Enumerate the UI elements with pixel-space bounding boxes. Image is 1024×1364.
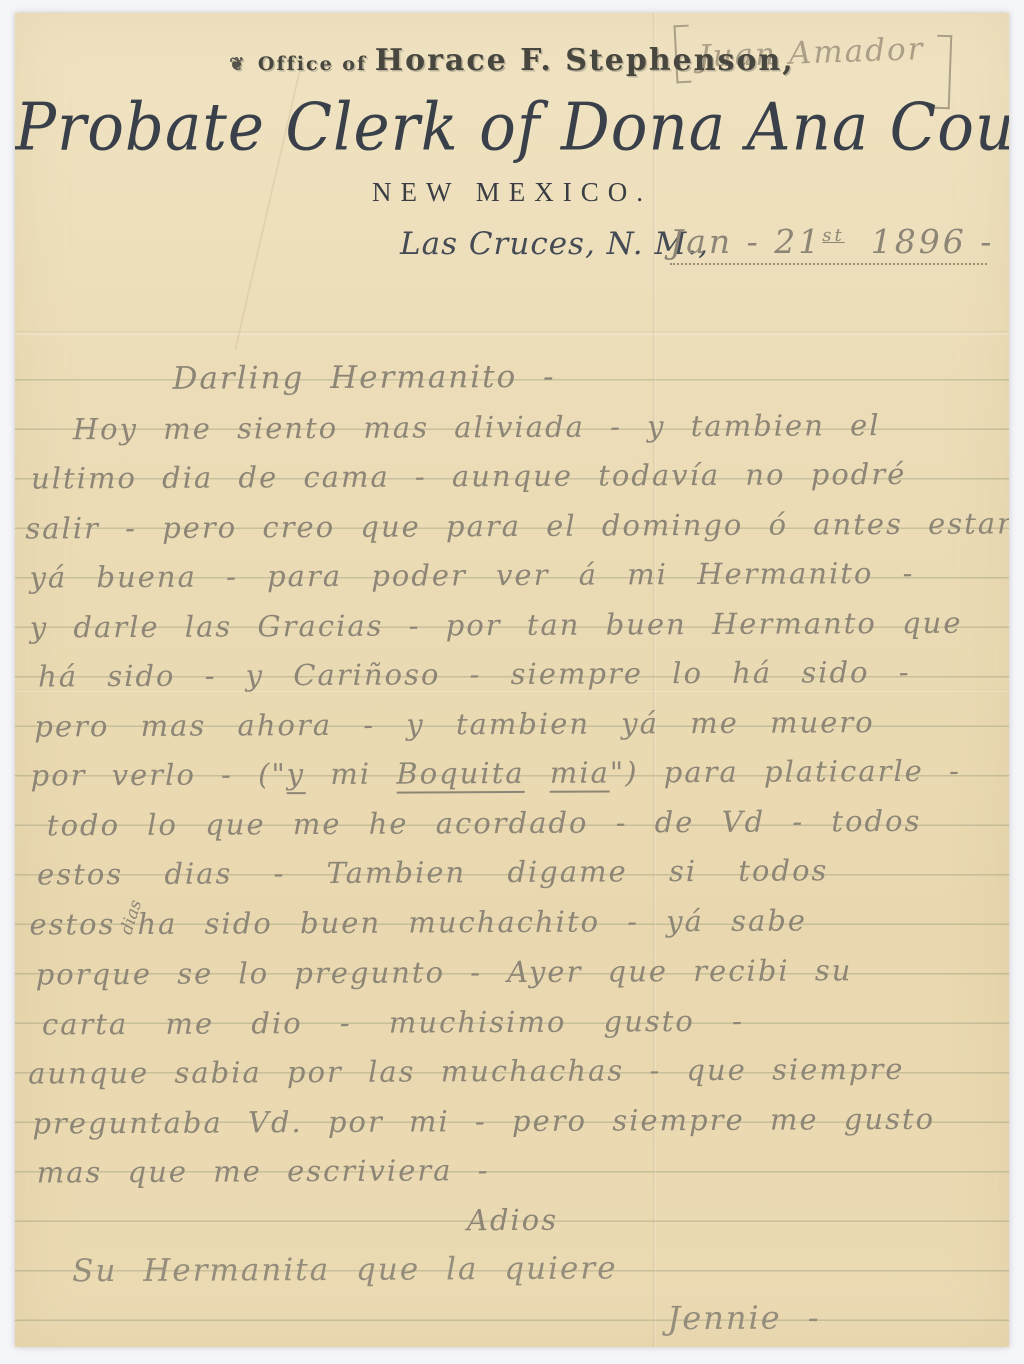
line-segment: yá buena - para poder ver á mi Hermanito… <box>29 556 914 595</box>
letterhead-office-line: ❦ Office of Horace F. Stephenson, <box>15 43 1009 78</box>
letter-line: todo lo que me he acordado - de Vd - tod… <box>25 796 999 851</box>
flourish-ornament-icon: ❦ <box>229 54 246 75</box>
letter-line: estosdiasha sido buen muchachito - yá sa… <box>25 895 999 951</box>
letter-line: y darle las Gracias - por tan buen Herma… <box>24 598 998 653</box>
letter-line: ultimo dia de cama - aunque todavía no p… <box>23 449 997 504</box>
office-prefix: Office of <box>258 53 367 75</box>
line-segment: ultimo dia de cama - aunque todavía no p… <box>31 457 906 496</box>
line-segment: ") para platicarle - <box>610 754 961 790</box>
line-segment: y <box>287 757 306 794</box>
letterhead-title: Probate Clerk of Dona Ana County, <box>15 89 1009 166</box>
date-ordinal: st <box>822 225 844 246</box>
date-day: Jan - 21 <box>670 222 822 261</box>
letter-line: mas que me escriviera - <box>27 1144 1001 1199</box>
line-segment: Hoy me siento mas aliviada - y tambien e… <box>73 408 881 446</box>
letter-line: preguntaba Vd. por mi - pero siempre me … <box>26 1094 1000 1149</box>
line-segment: Boquita <box>396 756 524 794</box>
letter-line: aunque sabia por las muchachas - que sie… <box>26 1045 1000 1100</box>
line-segment: salir - pero creo que para el domingo ó … <box>25 506 1009 545</box>
line-segment: há sido - y Cariñoso - siempre lo há sid… <box>38 655 911 694</box>
letter-line: yá buena - para poder ver á mi Hermanito… <box>23 548 997 603</box>
date-year: 1896 - <box>871 222 995 261</box>
place-printed: Las Cruces, N. M., <box>400 226 709 262</box>
letter-line: estos dias - Tambien digame si todos <box>25 845 999 900</box>
line-segment: carta me dio - muchisimo gusto - <box>42 1004 744 1042</box>
signoff: Su Hermanita que la quiere <box>27 1243 1001 1298</box>
line-segment: todo lo que me he acordado - de Vd - tod… <box>47 803 922 842</box>
line-segment: aunque sabia por las muchachas - que sie… <box>28 1052 904 1091</box>
letter-line: Hoy me siento mas aliviada - y tambien e… <box>23 400 997 455</box>
horizontal-fold-crease <box>15 331 1009 335</box>
letter-body: Darling Hermanito - Hoy me siento mas al… <box>22 350 1001 1346</box>
line-segment: preguntaba Vd. por mi - pero siempre me … <box>32 1102 935 1141</box>
letterhead: ❦ Office of Horace F. Stephenson, Probat… <box>15 43 1009 284</box>
letter-line: há sido - y Cariñoso - siempre lo há sid… <box>24 647 998 702</box>
salutation: Darling Hermanito - <box>22 350 996 405</box>
letter-line: por verlo - ("y mi Boquita mia") para pl… <box>24 746 998 801</box>
closing: Adios <box>27 1193 1001 1248</box>
body-lines: Hoy me siento mas aliviada - y tambien e… <box>23 400 1001 1198</box>
letter-line: salir - pero creo que para el domingo ó … <box>23 499 997 554</box>
letter-line: pero mas ahora - y tambien yá me muero <box>24 697 998 752</box>
line-segment <box>524 756 549 790</box>
line-segment: mi <box>305 757 396 791</box>
line-segment: mas que me escriviera - <box>37 1153 490 1189</box>
date-line: Las Cruces, N. M., Jan - 21st1896 - <box>15 222 1009 284</box>
line-segment: ha sido buen muchachito - yá sabe <box>137 903 807 941</box>
line-segment: pero mas ahora - y tambien yá me muero <box>34 705 875 743</box>
letterhead-state: NEW MEXICO. <box>15 177 1009 208</box>
line-segment: mia <box>550 755 610 792</box>
line-segment: por verlo - (" <box>31 757 287 792</box>
letter-paper: Juan Amador ❦ Office of Horace F. Stephe… <box>15 13 1009 1347</box>
office-name: Horace F. Stephenson, <box>375 43 795 78</box>
handwritten-date: Jan - 21st1896 - <box>670 222 987 265</box>
line-segment: porque se lo pregunto - Ayer que recibi … <box>36 953 853 991</box>
letter-line: carta me dio - muchisimo gusto - <box>26 995 1000 1050</box>
letter-line: porque se lo pregunto - Ayer que recibi … <box>26 946 1000 1001</box>
line-segment: estos dias - Tambien digame si todos <box>37 853 828 891</box>
line-segment: y darle las Gracias - por tan buen Herma… <box>30 605 963 644</box>
line-segment: estos <box>29 907 115 941</box>
signature: Jennie - <box>27 1292 1001 1347</box>
